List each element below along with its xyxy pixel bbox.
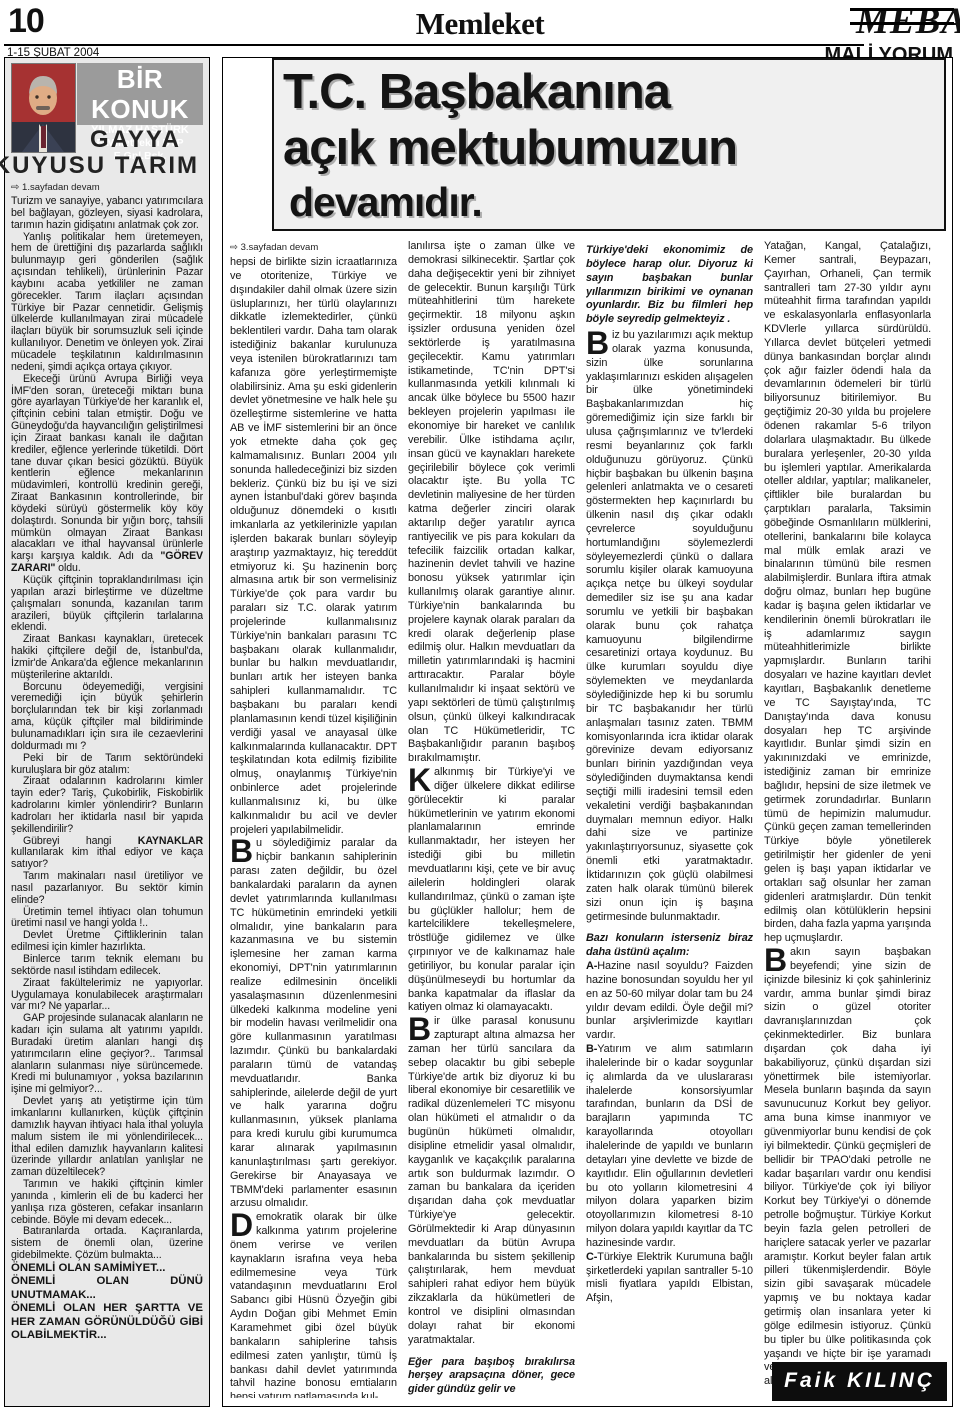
author-signature: Faik KILINÇ xyxy=(772,1362,947,1401)
article-paragraph: Eğer para başıboş bırakılırsa herşey ara… xyxy=(408,1356,575,1398)
newspaper-title: Memleket xyxy=(0,6,960,42)
sidebar-paragraph: Devlet yarış atı yetiştirme için tüm imk… xyxy=(11,1096,203,1179)
dropcap-letter: B xyxy=(764,946,790,973)
dropcap-letter: D xyxy=(230,1211,256,1238)
continued-arrow-icon: ⇨ xyxy=(11,182,19,193)
sidebar-body: Turizm ve sanayiye, yabancı yatırımcılar… xyxy=(11,196,203,1401)
sidebar-paragraph: Devlet Üretme Çiftliklerinin talan edilm… xyxy=(11,930,203,954)
sidebar-paragraph: Ziraat fakültelerimiz ne yapıyorlar. Uyg… xyxy=(11,978,203,1014)
guest-box-title: BİR KONUK xyxy=(77,63,203,124)
article-paragraph: Bakın sayın başbakan beyefendi; yine siz… xyxy=(764,946,931,1389)
main-headline-line2: açık mektubumuzun xyxy=(283,120,944,176)
article-paragraph: B-Yatırım ve alım satımların ihalelerind… xyxy=(586,1043,753,1251)
sidebar-paragraph: GAP projesinde sulanacak alanların ne ka… xyxy=(11,1013,203,1096)
article-paragraph: Bir ülke parasal konusunu zapturapt altı… xyxy=(408,1015,575,1347)
article-column-2: lanılırsa işte o zaman ülke ve demokrasi… xyxy=(408,240,575,1398)
article-paragraph: Kalkınmış bir Türkiye'yi ve diğer ülkele… xyxy=(408,766,575,1015)
guest-header: BİR KONUK YILMAZ HASTÜRK E.Milletvekili … xyxy=(11,62,203,180)
main-article-box: T.C. Başbakanına açık mektubumuzun devam… xyxy=(222,57,953,1407)
article-paragraph: lanılırsa işte o zaman ülke ve demokrasi… xyxy=(408,240,575,766)
dropcap-letter: B xyxy=(408,1015,434,1042)
sidebar-paragraph: Yanlış politikalar hem üretemeyen, hem d… xyxy=(11,232,203,374)
sidebar-continued-label: 1.sayfadan devam xyxy=(22,182,100,193)
guest-photo xyxy=(11,63,76,153)
list-letter: C- xyxy=(586,1251,597,1263)
sidebar-paragraph: Batıranlarda ortada. Kaçıranlarda, siste… xyxy=(11,1226,203,1262)
article-paragraph: A-Hazine nasıl soyuldu? Faizden hazine b… xyxy=(586,960,753,1043)
main-headline-line3: devamıdır. xyxy=(283,176,944,228)
article-paragraph: Türkiye'deki ekonomimiz de böylece harap… xyxy=(586,244,753,327)
newspaper-page: 10 Memleket MEBA 1-15 ŞUBAT 2004 MALİ YO… xyxy=(0,0,960,1414)
article-column-1: ⇨ 3.sayfadan devamhepsi de birlikte sizi… xyxy=(230,240,397,1398)
article-paragraph: Demokratik olarak bir ülke kalkınma yatı… xyxy=(230,1211,397,1398)
main-headline-line1: T.C. Başbakanına xyxy=(283,64,944,120)
sidebar-continued-marker: ⇨ 1.sayfadan devam xyxy=(11,182,203,193)
sidebar-headline-line2: KUYUSU TARIM xyxy=(0,154,199,178)
page-header: 10 Memleket MEBA 1-15 ŞUBAT 2004 MALİ YO… xyxy=(0,0,960,57)
dropcap-letter: B xyxy=(586,329,612,356)
article-column-3: Türkiye'deki ekonomimiz de böylece harap… xyxy=(586,240,753,1398)
sidebar-paragraph: Ziraat odalarının kadrolarını kimler tay… xyxy=(11,776,203,835)
article-continued-marker: ⇨ 3.sayfadan devam xyxy=(230,242,397,253)
sidebar-paragraph: Binlerce tarım teknik elemanı bu sektörd… xyxy=(11,954,203,978)
article-paragraph: hepsi de birlikte sizin icraatlarınıza v… xyxy=(230,256,397,837)
sidebar-paragraph: Tarım makinaları nasıl üretiliyor ve nas… xyxy=(11,871,203,907)
sidebar-paragraph: ÖNEMLİ OLAN HER ŞARTTA VE HER ZAMAN GÖRÜ… xyxy=(11,1302,203,1342)
sidebar-paragraph: ÖNEMLİ OLAN SAMİMİYET... xyxy=(11,1262,203,1275)
sidebar-paragraph: Gübreyi hangi KAYNAKLAR kullanılarak kim… xyxy=(11,836,203,872)
sidebar-paragraph: Küçük çiftçinin topraklandırılması için … xyxy=(11,575,203,634)
meba-logo-text: MEBA xyxy=(856,3,952,40)
meba-logo: MEBA xyxy=(856,3,952,43)
article-column-4: Yatağan, Kangal, Çatalağızı, Kemer santr… xyxy=(764,240,931,1398)
guest-column-box: BİR KONUK YILMAZ HASTÜRK E.Milletvekili … xyxy=(4,57,210,1407)
main-headline-box: T.C. Başbakanına açık mektubumuzun devam… xyxy=(272,58,946,231)
article-columns: ⇨ 3.sayfadan devamhepsi de birlikte sizi… xyxy=(223,236,952,1398)
guest-title-band: BİR KONUK YILMAZ HASTÜRK E.Milletvekili … xyxy=(77,63,203,125)
sidebar-paragraph: Turizm ve sanayiye, yabancı yatırımcılar… xyxy=(11,196,203,232)
sidebar-paragraph: Ekeceği ürünü Avrupa Birliği veya İMF'de… xyxy=(11,374,203,575)
sidebar-paragraph: Peki bir de Tarım sektöründeki kuruluşla… xyxy=(11,753,203,777)
list-letter: A- xyxy=(586,960,597,972)
sidebar-paragraph: ÖNEMLİ OLAN DÜNÜ UNUTMAMAK... xyxy=(11,1275,203,1302)
header-divider xyxy=(4,44,864,46)
dropcap-letter: B xyxy=(230,837,256,864)
sidebar-paragraph: Tarımın ve hakiki çiftçinin kimler yanın… xyxy=(11,1179,203,1226)
article-paragraph: Biz bu yazılarımızı açık mektup olarak y… xyxy=(586,329,753,924)
dropcap-letter: K xyxy=(408,766,434,793)
article-paragraph: C-Türkiye Elektrik Kurumuna bağlı şirket… xyxy=(586,1251,753,1306)
sidebar-paragraph: Üretimin temel ihtiyacı olan tohumun üre… xyxy=(11,907,203,931)
sidebar-paragraph: Ziraat Bankası kaynakları, üretecek haki… xyxy=(11,634,203,681)
article-paragraph: Yatağan, Kangal, Çatalağızı, Kemer santr… xyxy=(764,240,931,946)
article-paragraph: Bu söylediğimiz paralar da hiçbir bankan… xyxy=(230,837,397,1211)
sidebar-headline-line1: GAYYA xyxy=(90,128,181,152)
sidebar-paragraph: Borcunu ödeyemediği, vergisini veremediğ… xyxy=(11,682,203,753)
article-paragraph: Bazı konuların isterseniz biraz daha üst… xyxy=(586,932,753,960)
list-letter: B- xyxy=(586,1043,597,1055)
